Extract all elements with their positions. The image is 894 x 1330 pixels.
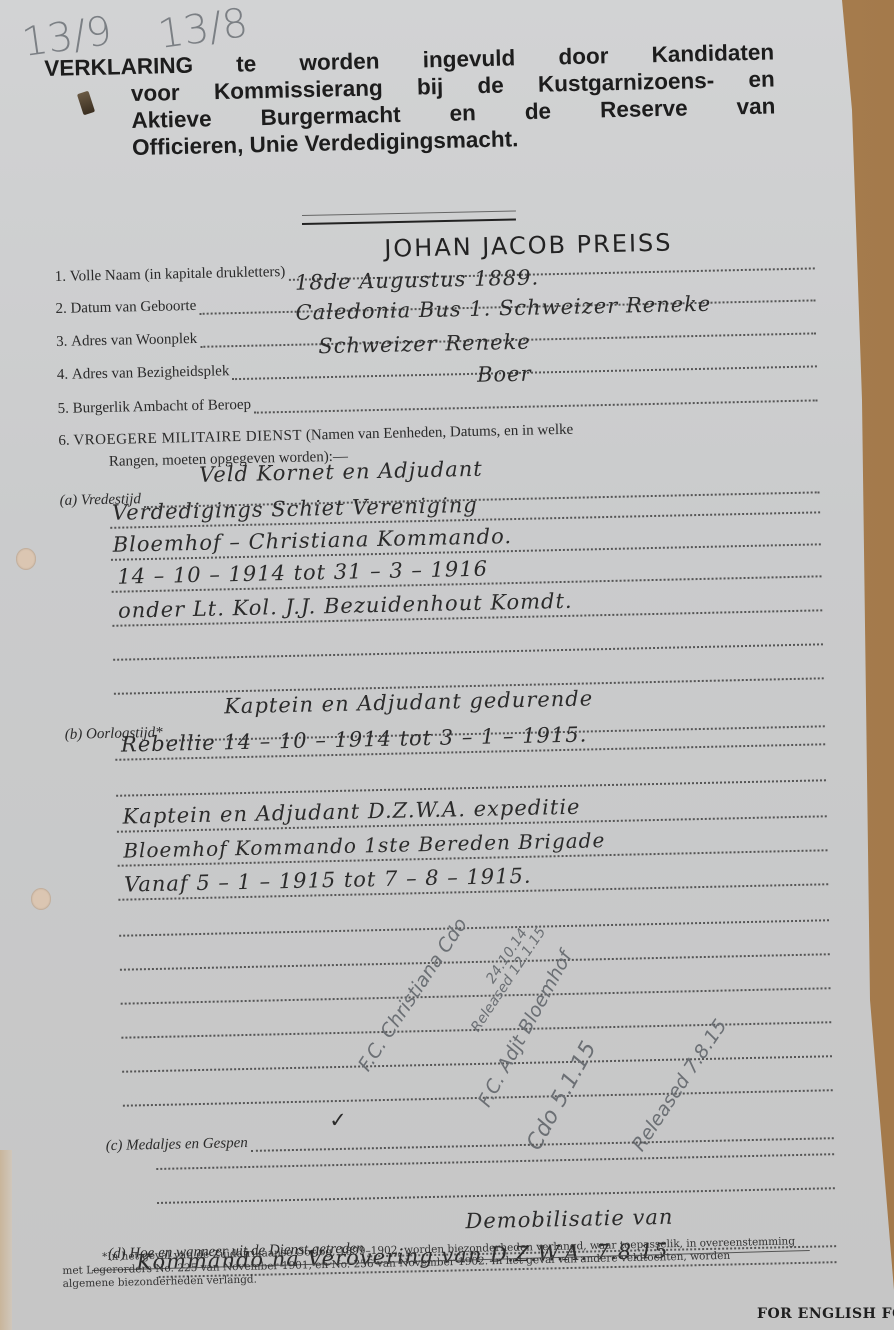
medals-checkmark[interactable]: ✓	[329, 1108, 348, 1132]
field-number: 5.	[57, 400, 69, 418]
section-number: 6.	[58, 432, 70, 450]
occupation-value[interactable]: Boer	[477, 362, 532, 387]
form-title: VERKLARING te worden ingevuld door Kandi…	[44, 38, 776, 163]
field-number: 3.	[56, 333, 68, 351]
paper-edge-strip	[0, 1150, 12, 1330]
field-number: 1.	[55, 268, 67, 286]
medals-label: (c) Medaljes en Gespen	[106, 1134, 248, 1155]
discharge-line-1[interactable]: Demobilisatie van	[465, 1205, 673, 1234]
punch-hole-icon	[31, 888, 51, 910]
business-address-value[interactable]: Schweizer Reneke	[318, 330, 531, 359]
field-label: Adres van Woonplek	[71, 330, 197, 351]
field-number: 4.	[57, 366, 69, 384]
field-label: Datum van Geboorte	[70, 297, 196, 318]
punch-hole-icon	[16, 548, 36, 570]
field-label: Adres van Bezigheidsplek	[72, 362, 230, 383]
english-form-reference: FOR ENGLISH FO	[757, 1306, 894, 1322]
field-number: 2.	[55, 300, 67, 318]
